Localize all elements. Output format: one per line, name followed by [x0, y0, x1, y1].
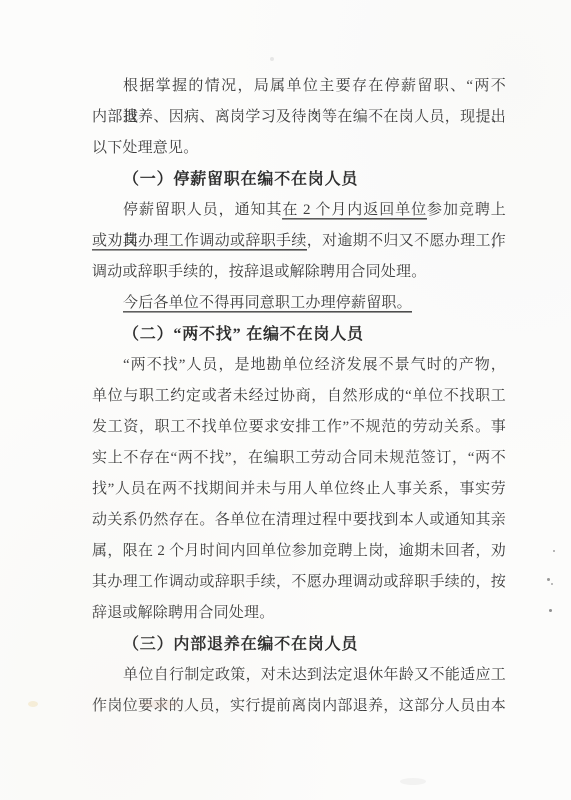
text-line: 其办理工作调动或辞职手续，不愿办理调动或辞职手续的，按	[92, 567, 506, 598]
text-segment: （一）停薪留职在编不在岗人员	[123, 171, 358, 188]
intro-paragraph: 根据掌握的情况，局属单位主要存在停薪留职、“两不找”、内部退养、因病、离岗学习及…	[92, 71, 506, 164]
text-line: 属，限在 2 个月时间内回单位参加竞聘上岗，逾期未回者，劝	[92, 536, 506, 567]
scan-speck	[549, 609, 552, 612]
pen-underline: 在 2 个月内返回单位	[282, 202, 427, 221]
text-line: 单位自行制定政策，对未达到法定退休年龄又不能适应工	[92, 660, 506, 691]
text-segment: 单位自行制定政策，对未达到法定退休年龄又不能适应工	[123, 667, 506, 683]
text-line: （二）“两不找” 在编不在岗人员	[92, 319, 506, 350]
text-segment: 以下处理意见。	[92, 140, 198, 156]
text-segment: 实上不存在“两不找”，在编职工劳动合同未规范签订，“两不	[92, 450, 506, 466]
pen-underline: 今后各单位不得再同意职工办理停薪留职。	[123, 295, 412, 314]
text-line: （三）内部退养在编不在岗人员	[92, 629, 506, 660]
text-segment: 单位与职工约定或者未经过协商，自然形成的“单位不找职工	[92, 388, 506, 404]
text-line: （一）停薪留职在编不在岗人员	[92, 164, 506, 195]
text-segment: 辞退或解除聘用合同处理。	[92, 605, 274, 621]
text-segment: 作岗位要求的人员，实行提前离岗内部退养，这部分人员由本	[92, 698, 506, 714]
section-1-rule-sentence: 今后各单位不得再同意职工办理停薪留职。	[92, 288, 506, 319]
text-line: 单位与职工约定或者未经过协商，自然形成的“单位不找职工	[92, 381, 506, 412]
text-segment: 动关系仍然存在。各单位在清理过程中要找到本人或通知其亲	[92, 512, 506, 528]
text-line: 根据掌握的情况，局属单位主要存在停薪留职、“两不找”、	[92, 71, 506, 102]
text-segment: 停薪留职人员，通知其	[123, 202, 282, 218]
text-line: 找”人员在两不找期间并未与用人单位终止人事关系，事实劳	[92, 474, 506, 505]
text-segment: 找”人员在两不找期间并未与用人单位终止人事关系，事实劳	[92, 481, 506, 497]
scan-speck	[270, 57, 274, 61]
scan-speck	[553, 550, 555, 552]
scan-speck	[547, 578, 550, 581]
text-segment: （三）内部退养在编不在岗人员	[123, 636, 358, 653]
text-line: “两不找”人员，是地勘单位经济发展不景气时的产物，	[92, 350, 506, 381]
text-line: 今后各单位不得再同意职工办理停薪留职。	[92, 288, 506, 319]
text-segment: 发工资，职工不找单位要求安排工作”不规范的劳动关系。事	[92, 419, 506, 435]
scan-speck	[551, 583, 553, 585]
text-line: 或劝其办理工作调动或辞职手续，对逾期不归又不愿办理工作	[92, 226, 506, 257]
text-line: 停薪留职人员，通知其在 2 个月内返回单位参加竞聘上岗，	[92, 195, 506, 226]
text-segment: 其办理工作调动或辞职手续，不愿办理调动或辞职手续的，按	[92, 574, 506, 590]
text-line: 以下处理意见。	[92, 133, 506, 164]
text-line: 发工资，职工不找单位要求安排工作”不规范的劳动关系。事	[92, 412, 506, 443]
section-3-heading: （三）内部退养在编不在岗人员	[92, 629, 506, 660]
text-line: 实上不存在“两不找”，在编职工劳动合同未规范签订，“两不	[92, 443, 506, 474]
text-segment: 内部退养、因病、离岗学习及待岗等在编不在岗人员，现提出	[92, 109, 506, 125]
section-3-paragraph: 单位自行制定政策，对未达到法定退休年龄又不能适应工作岗位要求的人员，实行提前离岗…	[92, 660, 506, 722]
scan-smudge	[28, 701, 38, 707]
document-content: 根据掌握的情况，局属单位主要存在停薪留职、“两不找”、内部退养、因病、离岗学习及…	[92, 71, 506, 722]
text-segment: 属，限在 2 个月时间内回单位参加竞聘上岗，逾期未回者，劝	[92, 543, 506, 559]
section-1-paragraph: 停薪留职人员，通知其在 2 个月内返回单位参加竞聘上岗，或劝其办理工作调动或辞职…	[92, 195, 506, 288]
document-page: 根据掌握的情况，局属单位主要存在停薪留职、“两不找”、内部退养、因病、离岗学习及…	[0, 0, 571, 800]
section-1-heading: （一）停薪留职在编不在岗人员	[92, 164, 506, 195]
scan-smudge	[400, 778, 426, 785]
text-line: 动关系仍然存在。各单位在清理过程中要找到本人或通知其亲	[92, 505, 506, 536]
text-line: 辞退或解除聘用合同处理。	[92, 598, 506, 629]
pen-underline: 或劝其办理工作调动或辞职手续	[92, 233, 307, 252]
text-segment: （二）“两不找” 在编不在岗人员	[123, 326, 364, 343]
text-line: 调动或辞职手续的，按辞退或解除聘用合同处理。	[92, 257, 506, 288]
text-line: 作岗位要求的人员，实行提前离岗内部退养，这部分人员由本	[92, 691, 506, 722]
text-segment: 调动或辞职手续的，按辞退或解除聘用合同处理。	[92, 264, 426, 280]
text-segment: ，对逾期不归又不愿办理工作	[307, 233, 506, 249]
section-2-heading: （二）“两不找” 在编不在岗人员	[92, 319, 506, 350]
text-line: 内部退养、因病、离岗学习及待岗等在编不在岗人员，现提出	[92, 102, 506, 133]
section-2-paragraph: “两不找”人员，是地勘单位经济发展不景气时的产物，单位与职工约定或者未经过协商，…	[92, 350, 506, 629]
text-segment: “两不找”人员，是地勘单位经济发展不景气时的产物，	[123, 357, 506, 373]
